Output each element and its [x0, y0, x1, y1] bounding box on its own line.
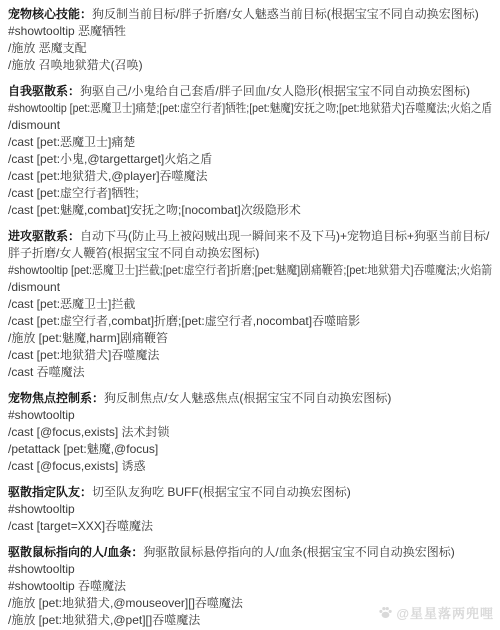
macro-section: 宠物核心技能：狗反制当前目标/胖子折磨/女人魅惑当前目标(根据宝宝不同自动换宏图…	[8, 6, 492, 74]
macro-line-text: /施放 召唤地狱猎犬(召唤)	[8, 57, 143, 74]
macro-line: #showtooltip	[8, 407, 492, 424]
macro-line: /施放 恶魔支配	[8, 40, 492, 57]
macro-line-text: /cast [pet:虚空行者]牺牲;	[8, 185, 139, 202]
section-colon: ：	[80, 7, 92, 21]
macro-line-text: /cast [pet:地狱猎犬,@player]吞噬魔法	[8, 168, 208, 185]
macro-notes-page: 宠物核心技能：狗反制当前目标/胖子折磨/女人魅惑当前目标(根据宝宝不同自动换宏图…	[0, 0, 500, 630]
macro-line-text: /cast [@focus,exists] 法术封锁	[8, 424, 170, 441]
macro-line: /cast [pet:地狱猎犬]吞噬魔法	[8, 347, 492, 364]
section-title: 自我驱散系	[8, 84, 68, 98]
macro-line-text: /cast [@focus,exists] 诱惑	[8, 458, 146, 475]
macro-line: /cast [pet:虚空行者]牺牲;	[8, 185, 492, 202]
section-description: 狗驱自己/小鬼给自己套盾/胖子回血/女人隐形(根据宝宝不同自动换宏图标)	[80, 84, 470, 98]
macro-line-text: #showtooltip	[8, 501, 75, 518]
macro-line: #showtooltip	[8, 561, 492, 578]
macro-line: /施放 [pet:魅魔,harm]剧痛鞭笞	[8, 330, 492, 347]
section-header: 进攻驱散系：自动下马(防止马上被闷贼出现一瞬间来不及下马)+宠物追目标+狗驱当前…	[8, 228, 492, 262]
macro-line-text: /施放 [pet:地狱猎犬,@pet][]吞噬魔法	[8, 612, 200, 629]
macro-line: /施放 召唤地狱猎犬(召唤)	[8, 57, 492, 74]
macro-document: 宠物核心技能：狗反制当前目标/胖子折磨/女人魅惑当前目标(根据宝宝不同自动换宏图…	[8, 6, 492, 629]
macro-line: /cast [pet:魅魔,combat]安抚之吻;[nocombat]次级隐形…	[8, 202, 492, 219]
macro-line-text: /cast [pet:虚空行者,combat]折磨;[pet:虚空行者,noco…	[8, 313, 360, 330]
section-colon: ：	[131, 545, 143, 559]
macro-line-text: /cast [pet:魅魔,combat]安抚之吻;[nocombat]次级隐形…	[8, 202, 301, 219]
paw-icon	[378, 605, 393, 620]
section-description: 自动下马(防止马上被闷贼出现一瞬间来不及下马)+宠物追目标+狗驱当前目标/胖子折…	[8, 229, 489, 260]
macro-line-text: /cast [pet:恶魔卫士]痛楚	[8, 134, 135, 151]
macro-line: /dismount	[8, 117, 492, 134]
macro-line: /cast [@focus,exists] 法术封锁	[8, 424, 492, 441]
section-description: 切至队友狗吃 BUFF(根据宝宝不同自动换宏图标)	[92, 485, 351, 499]
macro-line: /dismount	[8, 279, 492, 296]
macro-line: #showtooltip 吞噬魔法	[8, 578, 492, 595]
macro-line-text: #showtooltip [pet:恶魔卫士]拦截;[pet:虚空行者]折磨;[…	[8, 262, 492, 279]
section-colon: ：	[92, 391, 104, 405]
watermark-text: @星星落两兜哩	[396, 603, 494, 622]
macro-section: 驱散指定队友：切至队友狗吃 BUFF(根据宝宝不同自动换宏图标)#showtoo…	[8, 484, 492, 535]
macro-line: #showtooltip 恶魔牺牲	[8, 23, 492, 40]
section-colon: ：	[68, 84, 80, 98]
macro-line-text: #showtooltip	[8, 407, 75, 424]
section-header: 驱散鼠标指向的人/血条：狗驱散鼠标悬停指向的人/血条(根据宝宝不同自动换宏图标)	[8, 544, 492, 561]
section-header: 自我驱散系：狗驱自己/小鬼给自己套盾/胖子回血/女人隐形(根据宝宝不同自动换宏图…	[8, 83, 492, 100]
macro-line: /cast [pet:恶魔卫士]痛楚	[8, 134, 492, 151]
section-header: 宠物焦点控制系：狗反制焦点/女人魅惑焦点(根据宝宝不同自动换宏图标)	[8, 390, 492, 407]
macro-line-text: #showtooltip 吞噬魔法	[8, 578, 126, 595]
section-title: 驱散指定队友	[8, 485, 80, 499]
macro-line-text: /cast 吞噬魔法	[8, 364, 85, 381]
macro-section: 宠物焦点控制系：狗反制焦点/女人魅惑焦点(根据宝宝不同自动换宏图标)#showt…	[8, 390, 492, 475]
macro-line-text: /cast [target=XXX]吞噬魔法	[8, 518, 153, 535]
watermark: @星星落两兜哩	[378, 603, 494, 622]
section-title: 进攻驱散系	[8, 229, 68, 243]
macro-line-text: #showtooltip [pet:恶魔卫士]痛楚;[pet:虚空行者]牺牲;[…	[8, 100, 492, 117]
section-title: 驱散鼠标指向的人/血条	[8, 545, 131, 559]
macro-line-text: /dismount	[8, 117, 60, 134]
macro-line-text: /petattack [pet:魅魔,@focus]	[8, 441, 158, 458]
macro-line-text: /cast [pet:地狱猎犬]吞噬魔法	[8, 347, 159, 364]
macro-line-text: #showtooltip	[8, 561, 75, 578]
macro-line-text: /施放 [pet:地狱猎犬,@mouseover][]吞噬魔法	[8, 595, 243, 612]
macro-line: /cast [pet:恶魔卫士]拦截	[8, 296, 492, 313]
section-description: 狗反制焦点/女人魅惑焦点(根据宝宝不同自动换宏图标)	[104, 391, 391, 405]
macro-section: 自我驱散系：狗驱自己/小鬼给自己套盾/胖子回血/女人隐形(根据宝宝不同自动换宏图…	[8, 83, 492, 219]
macro-line-text: /cast [pet:小鬼,@targettarget]火焰之盾	[8, 151, 212, 168]
macro-line-text: #showtooltip 恶魔牺牲	[8, 23, 126, 40]
section-header: 驱散指定队友：切至队友狗吃 BUFF(根据宝宝不同自动换宏图标)	[8, 484, 492, 501]
macro-line: #showtooltip	[8, 501, 492, 518]
macro-line-text: /dismount	[8, 279, 60, 296]
macro-line: /cast [pet:小鬼,@targettarget]火焰之盾	[8, 151, 492, 168]
macro-line-text: /施放 恶魔支配	[8, 40, 87, 57]
macro-line: /cast [target=XXX]吞噬魔法	[8, 518, 492, 535]
section-title: 宠物核心技能	[8, 7, 80, 21]
section-description: 狗反制当前目标/胖子折磨/女人魅惑当前目标(根据宝宝不同自动换宏图标)	[92, 7, 479, 21]
macro-line-text: /施放 [pet:魅魔,harm]剧痛鞭笞	[8, 330, 168, 347]
macro-line-text: /cast [pet:恶魔卫士]拦截	[8, 296, 135, 313]
macro-line: /cast 吞噬魔法	[8, 364, 492, 381]
section-colon: ：	[68, 229, 80, 243]
macro-line: #showtooltip [pet:恶魔卫士]痛楚;[pet:虚空行者]牺牲;[…	[8, 100, 492, 117]
macro-line: #showtooltip [pet:恶魔卫士]拦截;[pet:虚空行者]折磨;[…	[8, 262, 492, 279]
macro-line: /petattack [pet:魅魔,@focus]	[8, 441, 492, 458]
macro-section: 进攻驱散系：自动下马(防止马上被闷贼出现一瞬间来不及下马)+宠物追目标+狗驱当前…	[8, 228, 492, 381]
section-description: 狗驱散鼠标悬停指向的人/血条(根据宝宝不同自动换宏图标)	[143, 545, 454, 559]
macro-line: /cast [pet:虚空行者,combat]折磨;[pet:虚空行者,noco…	[8, 313, 492, 330]
macro-line: /cast [pet:地狱猎犬,@player]吞噬魔法	[8, 168, 492, 185]
section-colon: ：	[80, 485, 92, 499]
section-header: 宠物核心技能：狗反制当前目标/胖子折磨/女人魅惑当前目标(根据宝宝不同自动换宏图…	[8, 6, 492, 23]
section-title: 宠物焦点控制系	[8, 391, 92, 405]
macro-line: /cast [@focus,exists] 诱惑	[8, 458, 492, 475]
